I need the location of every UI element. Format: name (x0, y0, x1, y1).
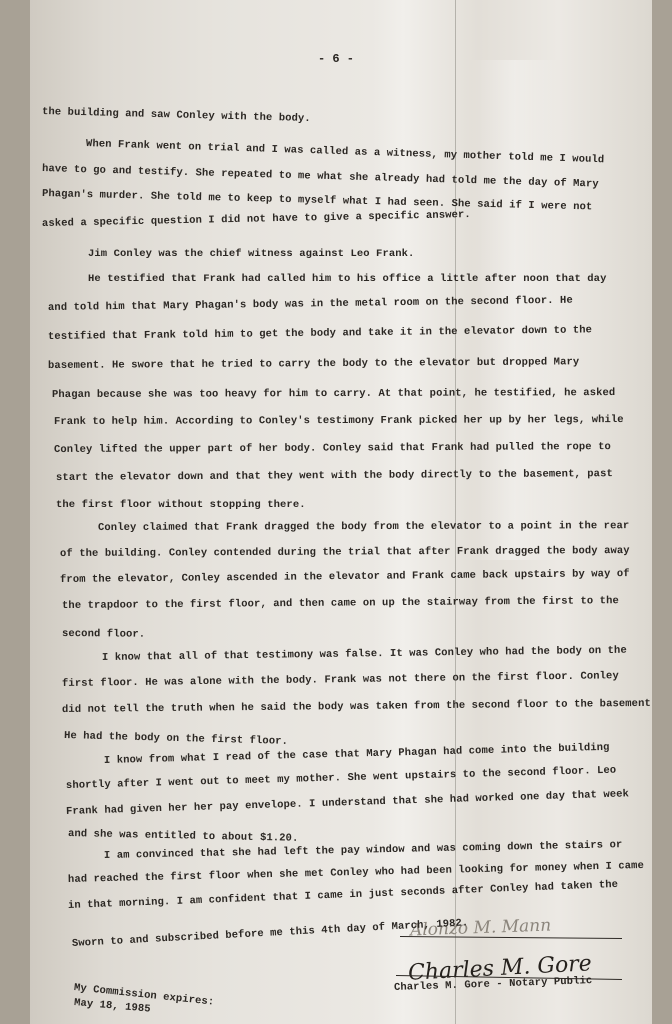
text-line: second floor. (62, 628, 145, 641)
text-line: He testified that Frank had called him t… (88, 273, 606, 285)
text-line: Frank to help him. According to Conley's… (54, 414, 624, 428)
text-line: the first floor without stopping there. (56, 499, 306, 511)
page-number: - 6 - (318, 52, 354, 66)
text-line: Conley claimed that Frank dragged the bo… (98, 520, 629, 534)
text-line: Jim Conley was the chief witness against… (88, 248, 414, 260)
text-line: Phagan because she was too heavy for him… (52, 387, 615, 401)
glare (470, 60, 560, 560)
